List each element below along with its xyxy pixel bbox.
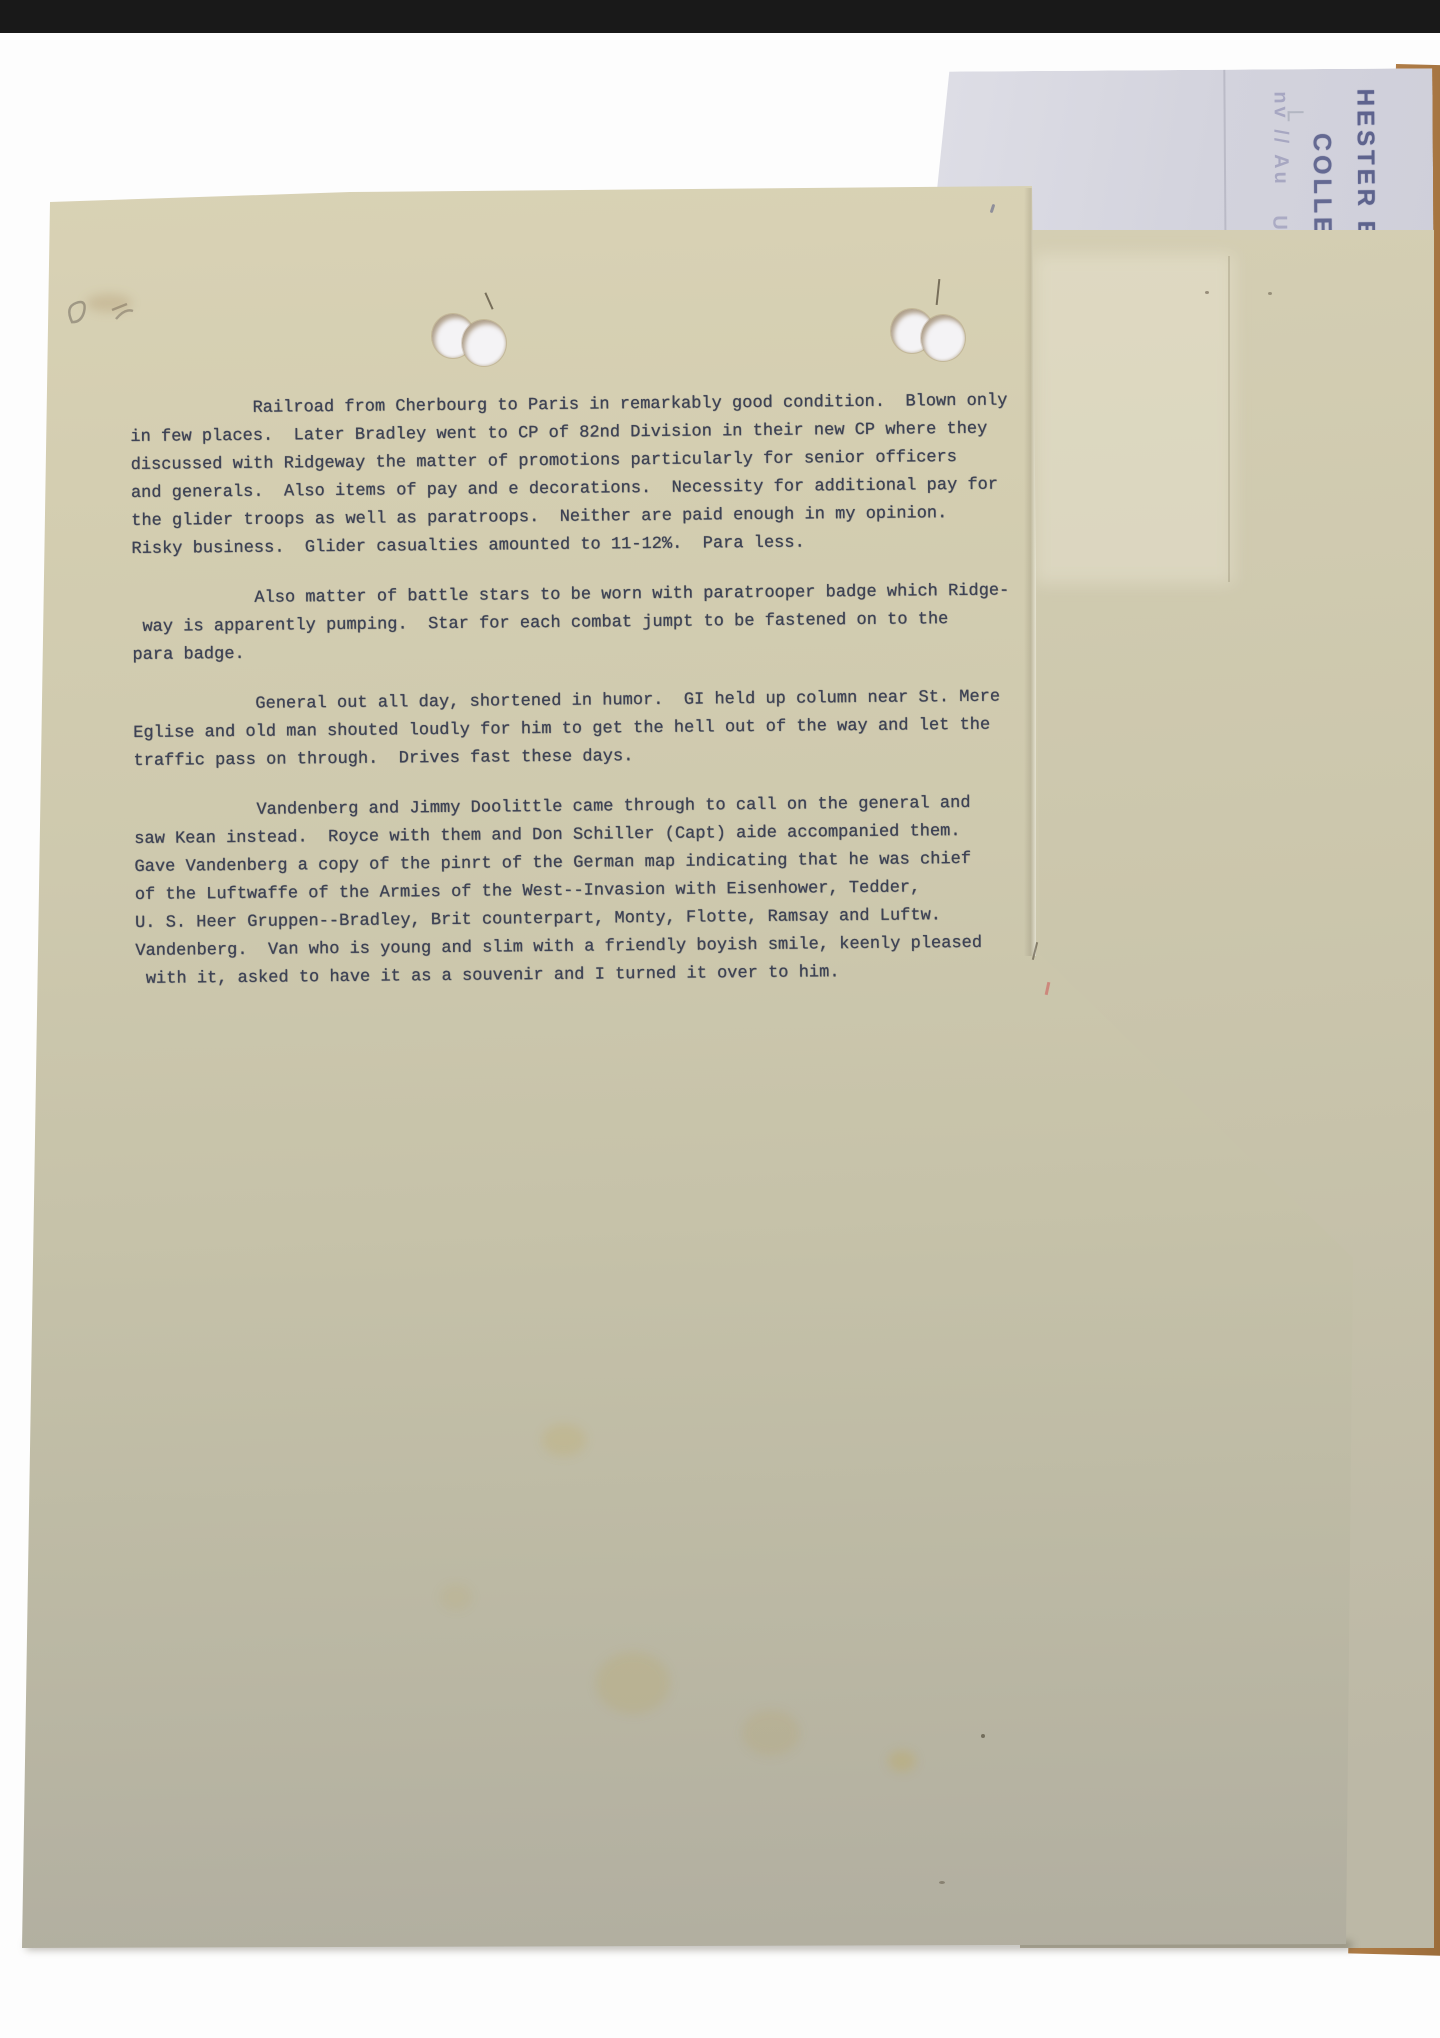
collection-stamp-line1: HESTER B. — [1350, 89, 1379, 253]
yellow-stain — [742, 1710, 800, 1756]
paper-speck — [1268, 292, 1272, 295]
paper-highlight — [1034, 254, 1234, 584]
typed-paragraph: Vandenberg and Jimmy Doolittle came thro… — [134, 789, 1048, 994]
punch-hole-tear — [484, 292, 493, 309]
scanned-document-photo: nv // Au U3 En COLLEC HESTER B. — [0, 0, 1440, 2038]
typed-paragraph: Also matter of battle stars to be worn w… — [132, 577, 1045, 670]
top-black-bar — [0, 0, 1440, 33]
yellow-stain — [596, 1652, 670, 1714]
punch-hole-lobe — [921, 315, 965, 361]
yellow-stain — [888, 1750, 916, 1772]
punch-hole-lobe — [462, 320, 506, 366]
paper-smudge — [86, 294, 132, 312]
yellow-stain — [440, 1584, 472, 1610]
punch-hole-tear — [936, 279, 941, 305]
paper-speck — [939, 1881, 945, 1884]
collection-stamp-faint-upper: nv // Au — [1268, 91, 1292, 187]
typed-paragraph: Railroad from Cherbourg to Paris in rema… — [130, 387, 1044, 564]
paper-speck — [1205, 291, 1209, 294]
yellow-stain — [542, 1424, 586, 1456]
paper-crease — [1228, 256, 1230, 582]
pencil-scribble — [56, 282, 166, 352]
paper-speck — [981, 1734, 985, 1738]
typed-text-block: Railroad from Cherbourg to Paris in rema… — [130, 387, 1048, 1016]
punch-hole-right — [891, 299, 969, 363]
punch-hole-left — [432, 304, 510, 368]
typed-paragraph: General out all day, shortened in humor.… — [133, 683, 1046, 776]
